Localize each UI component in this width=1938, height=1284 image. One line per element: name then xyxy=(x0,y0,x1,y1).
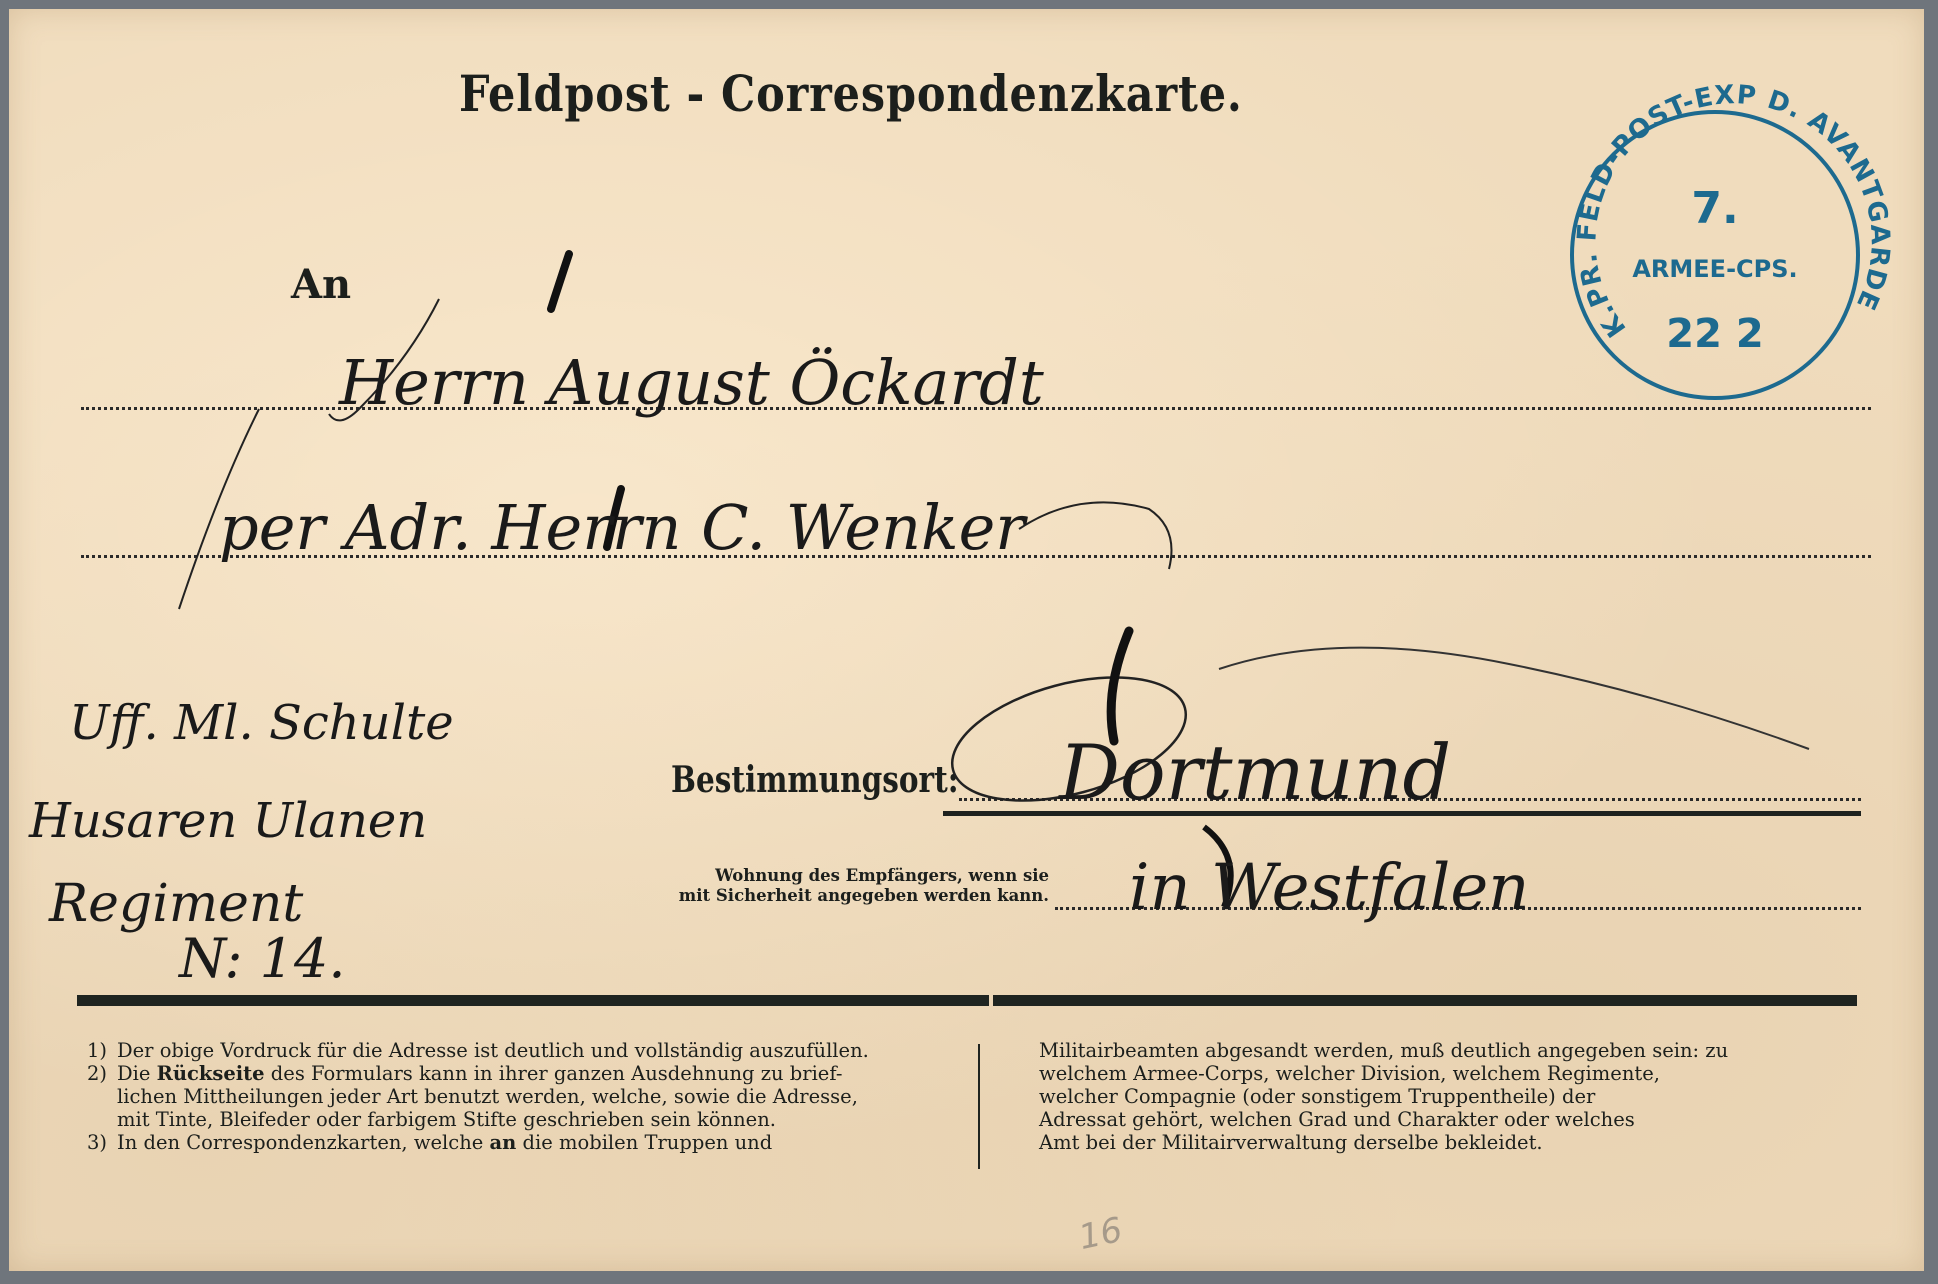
postcard: Feldpost - Correspondenzkarte. An Bestim… xyxy=(9,9,1924,1271)
handwriting-sender: Uff. Ml. Schulte Husaren Ulanen Regiment… xyxy=(28,695,454,990)
postmark-corps: ARMEE-CPS. xyxy=(1632,255,1797,283)
handwritten-herrn-august-oeckardt: Herrn August Öckardt xyxy=(338,346,1044,419)
handwritten-sender-line3: Regiment xyxy=(48,874,303,934)
handwriting-residence: in Westfalen xyxy=(1129,827,1529,925)
handwritten-in-westfalen: in Westfalen xyxy=(1129,851,1529,925)
handwritten-per-adr-wenker: per Adr. Herrn C. Wenker xyxy=(219,491,1028,564)
postmark-date: 22 2 xyxy=(1666,311,1763,357)
handwriting-address-line2: per Adr. Herrn C. Wenker xyxy=(179,409,1172,609)
handwriting-destination: Dortmund xyxy=(939,631,1809,823)
handwritten-sender-line4: N: 14. xyxy=(177,927,346,990)
handwritten-sender-line2: Husaren Ulanen xyxy=(28,793,427,849)
handwritten-dortmund: Dortmund xyxy=(1057,728,1451,817)
postmark: K.PR. FELD-POST-EXP D. AVANTGARDE 7. ARM… xyxy=(1572,80,1895,398)
handwriting-address-line1: Herrn August Öckardt xyxy=(329,254,1044,420)
handwriting-layer: Herrn August Öckardt per Adr. Herrn C. W… xyxy=(9,9,1924,1271)
handwritten-sender-line1: Uff. Ml. Schulte xyxy=(69,695,454,751)
postmark-number: 7. xyxy=(1691,183,1738,234)
